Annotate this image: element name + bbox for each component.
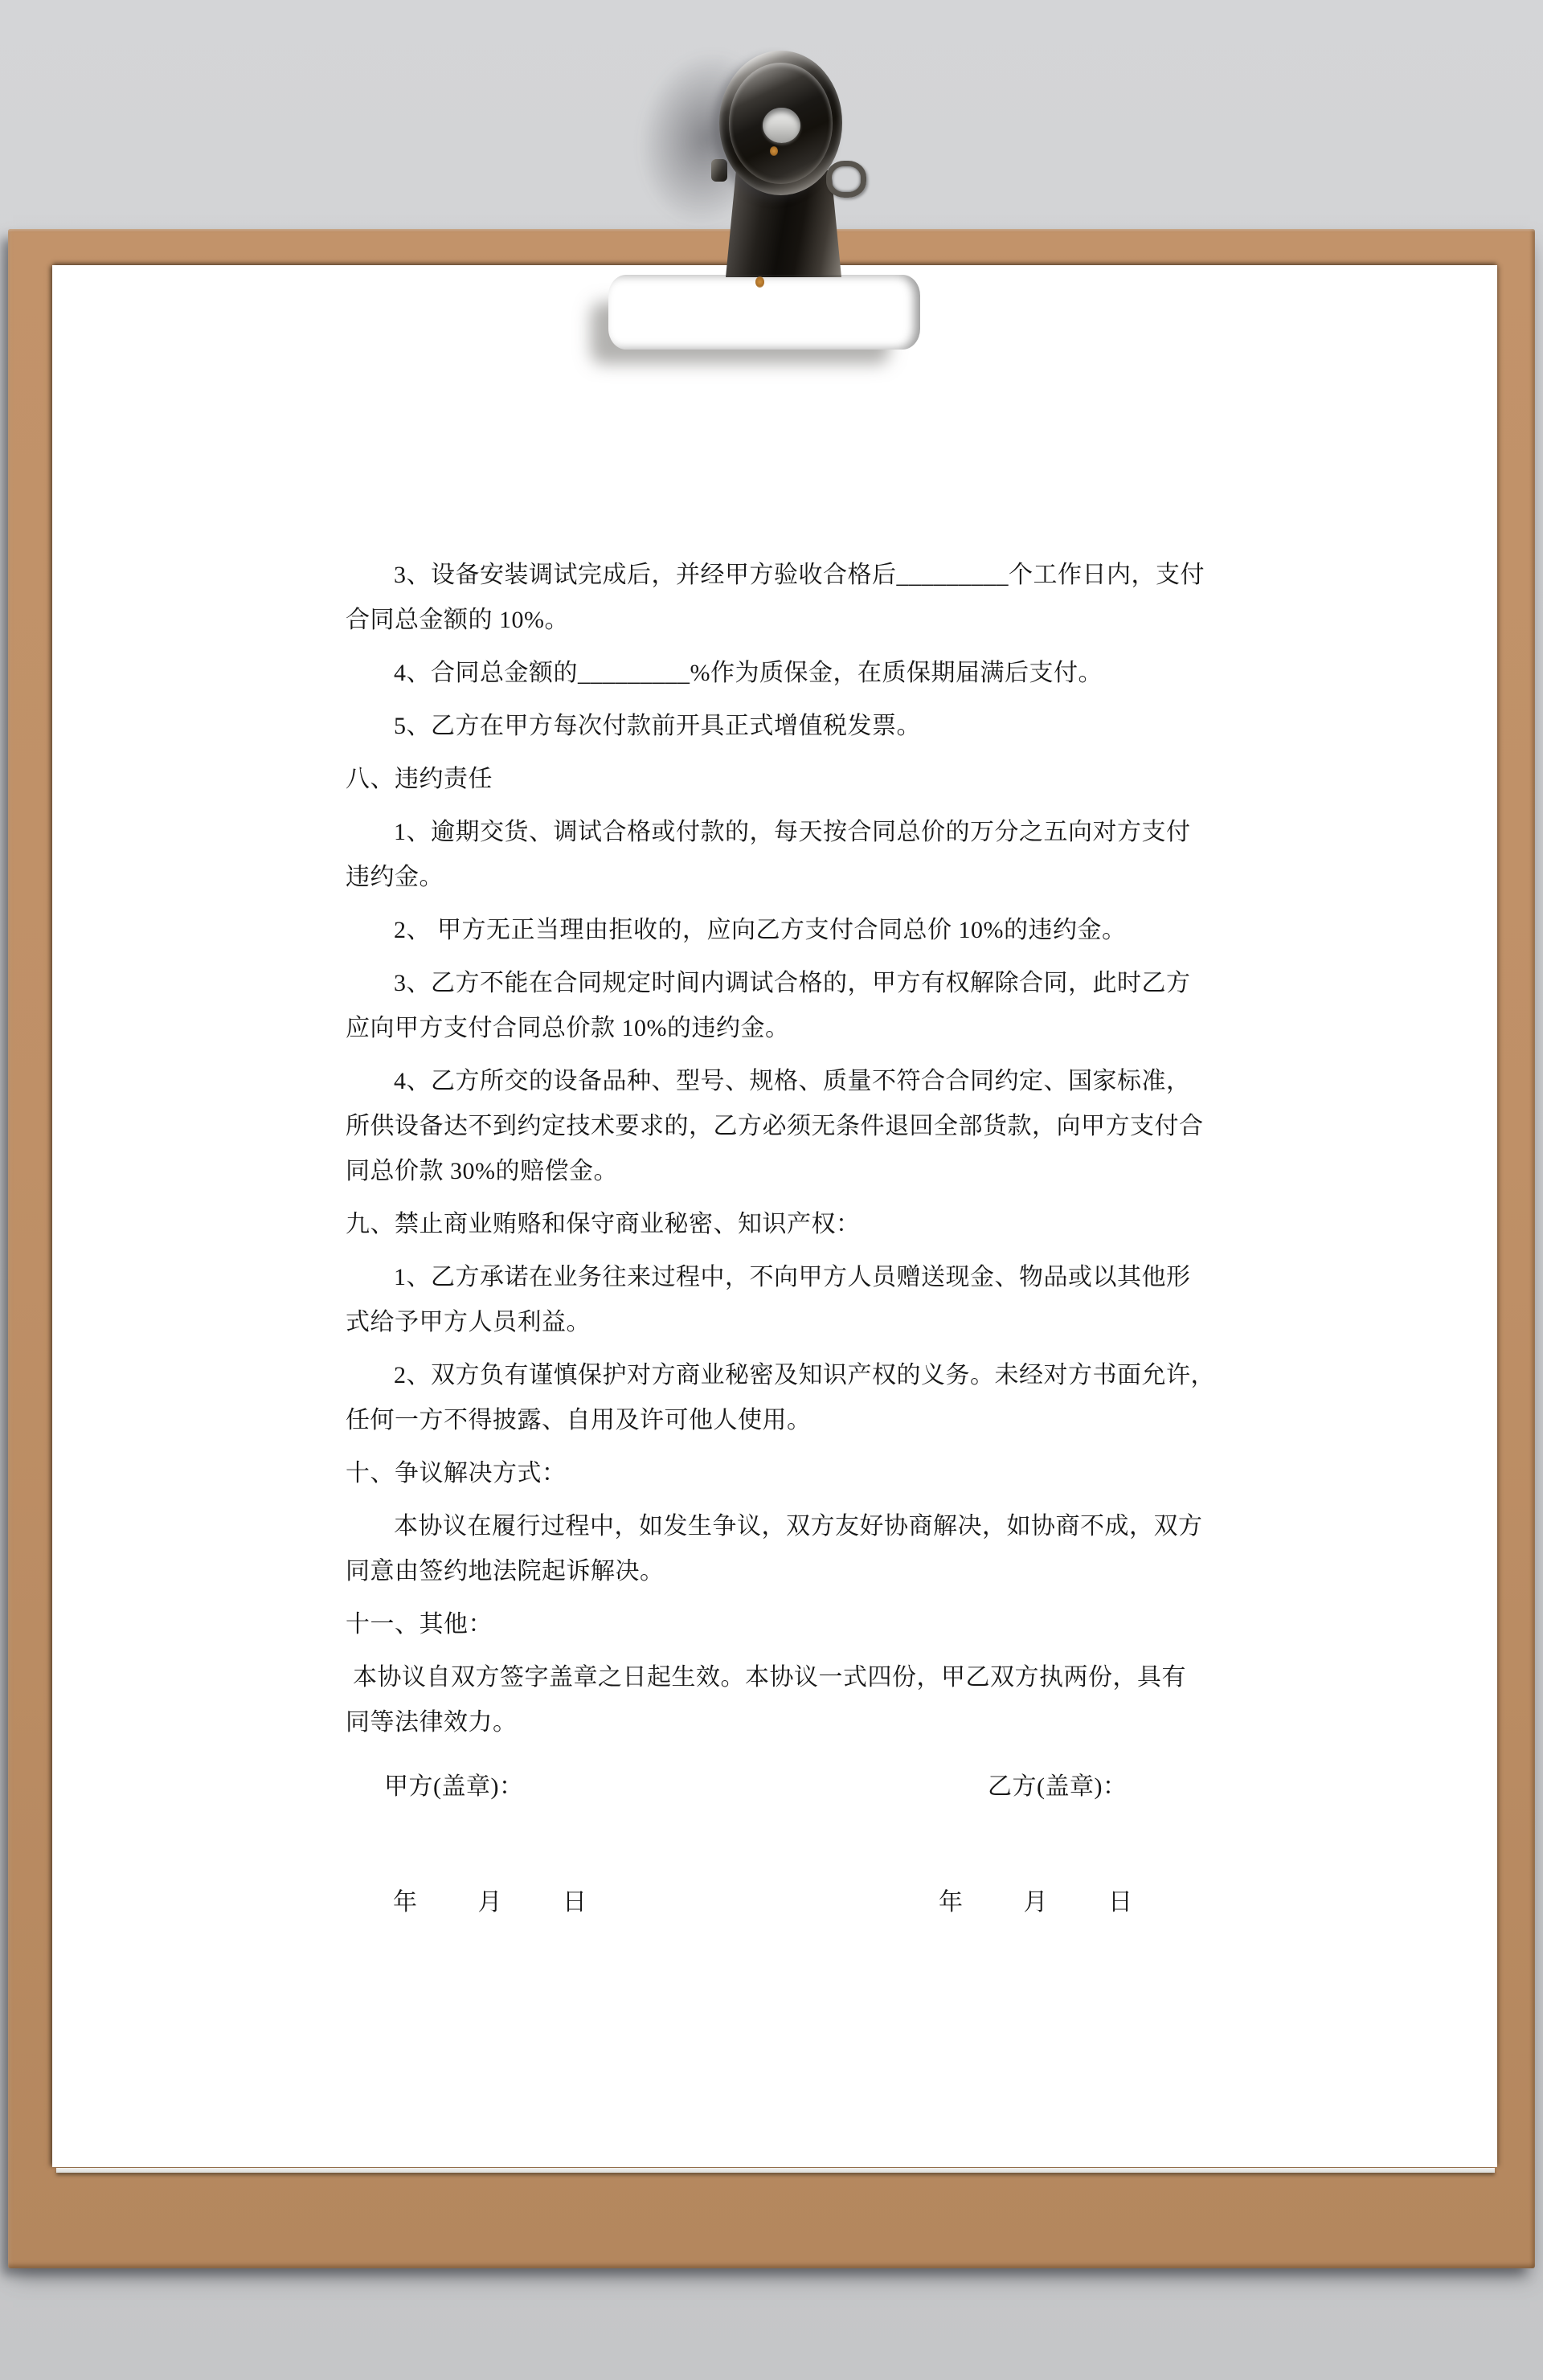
contract-paragraph: 1、乙方承诺在业务往来过程中，不向甲方人员赠送现金、物品或以其他形 式给予甲方人… bbox=[346, 1255, 1238, 1345]
contract-paragraph: 5、乙方在甲方每次付款前开具正式增值税发票。 bbox=[346, 704, 1238, 749]
signature-party-b-label: 乙方(盖章)： bbox=[988, 1765, 1127, 1810]
contract-paragraph: 1、逾期交货、调试合格或付款的，每天按合同总价的万分之五向对方支付 违约金。 bbox=[346, 810, 1238, 900]
contract-paragraph: 十、争议解决方式： bbox=[346, 1451, 1238, 1496]
page-background: { "scene": { "background_color": "#cdced… bbox=[0, 0, 1543, 2380]
contract-paragraph: 4、乙方所交的设备品种、型号、规格、质量不符合合同约定、国家标准， 所供设备达不… bbox=[346, 1059, 1238, 1194]
clip-glint-icon bbox=[755, 276, 764, 288]
contract-paragraph: 八、违约责任 bbox=[346, 757, 1238, 802]
contract-paragraph: 本协议在履行过程中，如发生争议，双方友好协商解决，如协商不成，双方 同意由签约地… bbox=[346, 1504, 1238, 1594]
contract-paragraphs: 3、设备安装调试完成后，并经甲方验收合格后_________个工作日内，支付 合… bbox=[346, 553, 1238, 1745]
date-year-label: 年 bbox=[393, 1889, 418, 1916]
clip-center-hole bbox=[763, 108, 800, 143]
contract-paragraph: 3、设备安装调试完成后，并经甲方验收合格后_________个工作日内，支付 合… bbox=[346, 553, 1238, 643]
contract-paragraph: 十一、其他： bbox=[346, 1602, 1238, 1647]
clip-hinge-left-icon bbox=[711, 159, 727, 182]
date-year-label: 年 bbox=[939, 1889, 964, 1916]
date-day-label: 日 bbox=[1108, 1889, 1133, 1916]
signature-party-a-label: 甲方(盖章)： bbox=[384, 1765, 523, 1810]
date-line-party-a: 年 月 日 bbox=[393, 1880, 587, 1925]
contract-paragraph: 2、双方负有谨慎保护对方商业秘密及知识产权的义务。未经对方书面允许， 任何一方不… bbox=[346, 1353, 1238, 1443]
contract-paragraph: 3、乙方不能在合同规定时间内调试合格的，甲方有权解除合同，此时乙方 应向甲方支付… bbox=[346, 961, 1238, 1051]
date-day-label: 日 bbox=[563, 1889, 587, 1916]
clip-lever-icon bbox=[826, 161, 866, 198]
clip-spring-circle bbox=[719, 51, 842, 195]
paper-sheet: 3、设备安装调试完成后，并经甲方验收合格后_________个工作日内，支付 合… bbox=[52, 265, 1497, 2167]
date-month-label: 月 bbox=[1024, 1889, 1049, 1916]
contract-paragraph: 4、合同总金额的_________%作为质保金，在质保期届满后支付。 bbox=[346, 651, 1238, 696]
date-row: 年 月 日 年 月 日 bbox=[346, 1880, 1238, 1925]
contract-body: 3、设备安装调试完成后，并经甲方验收合格后_________个工作日内，支付 合… bbox=[346, 553, 1238, 1925]
date-month-label: 月 bbox=[478, 1889, 503, 1916]
clip-glint-icon bbox=[770, 146, 778, 156]
contract-paragraph: 本协议自双方签字盖章之日起生效。本协议一式四份，甲乙双方执两份，具有 同等法律效… bbox=[346, 1655, 1238, 1745]
contract-paragraph: 2、 甲方无正当理由拒收的，应向乙方支付合同总价 10%的违约金。 bbox=[346, 908, 1238, 953]
date-line-party-b: 年 月 日 bbox=[939, 1880, 1133, 1925]
contract-paragraph: 九、禁止商业贿赂和保守商业秘密、知识产权： bbox=[346, 1202, 1238, 1247]
signature-row: 甲方(盖章)： 乙方(盖章)： bbox=[346, 1765, 1238, 1810]
clip-base-bar bbox=[608, 275, 920, 350]
